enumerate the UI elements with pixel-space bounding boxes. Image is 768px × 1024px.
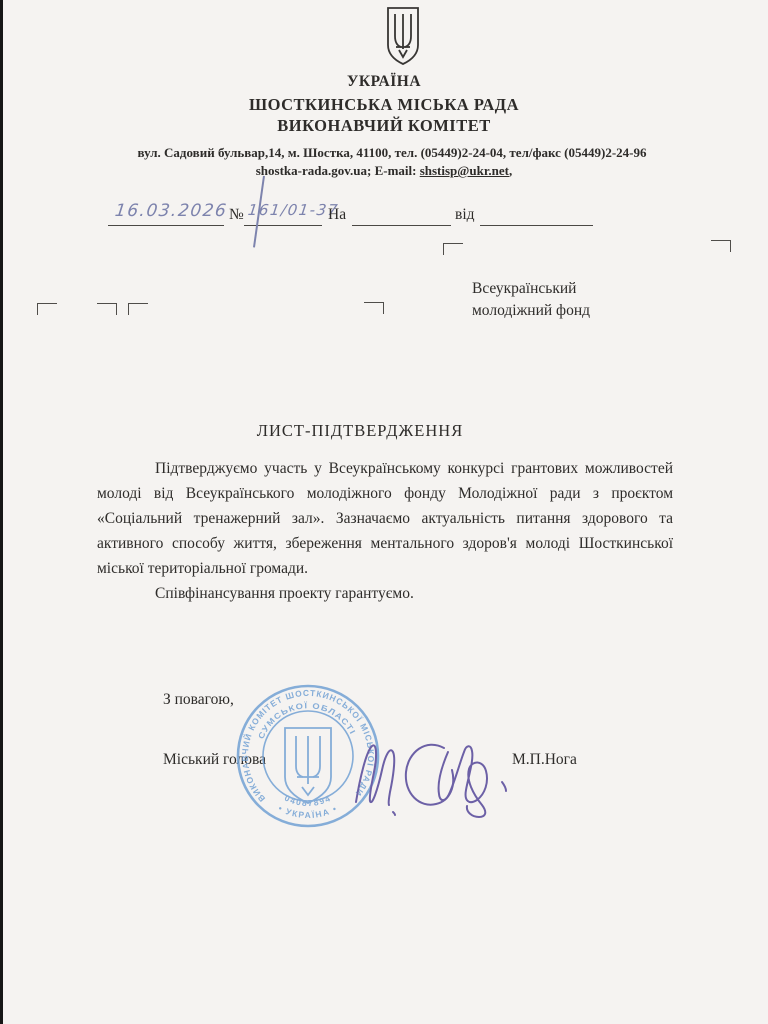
letterhead-site: shostka-rada.gov.ua; E-mail: xyxy=(256,163,420,178)
na-underline xyxy=(352,225,451,226)
corner-mark xyxy=(128,303,148,315)
letterhead-email-comma: , xyxy=(509,163,512,178)
handwritten-number: 161/01-37 xyxy=(247,201,340,219)
letterhead-country: УКРАЇНА xyxy=(0,73,768,91)
date-underline xyxy=(108,225,224,226)
corner-mark xyxy=(711,240,731,252)
letterhead-committee: ВИКОНАВЧИЙ КОМІТЕТ xyxy=(0,116,768,136)
trident-emblem-icon xyxy=(382,5,424,67)
scanned-letter-page: УКРАЇНА ШОСТКИНСЬКА МІСЬКА РАДА ВИКОНАВЧ… xyxy=(0,0,768,1024)
corner-mark xyxy=(443,243,463,255)
corner-mark xyxy=(97,303,117,315)
vid-underline xyxy=(480,225,593,226)
recipient-block: Всеукраїнський молодіжний фонд xyxy=(472,278,590,322)
corner-mark xyxy=(364,302,384,314)
letter-body: Підтверджуємо участь у Всеукраїнському к… xyxy=(97,456,673,606)
letterhead-address: вул. Садовий бульвар,14, м. Шостка, 4110… xyxy=(0,145,768,161)
signer-name: М.П.Нога xyxy=(512,751,577,769)
letterhead-council: ШОСТКИНСЬКА МІСЬКА РАДА xyxy=(0,95,768,115)
recipient-line1: Всеукраїнський xyxy=(472,278,590,300)
vid-label: від xyxy=(455,206,475,224)
recipient-line2: молодіжний фонд xyxy=(472,300,590,322)
letter-title: ЛИСТ-ПІДТВЕРДЖЕННЯ xyxy=(60,421,660,441)
body-paragraph-1: Підтверджуємо участь у Всеукраїнському к… xyxy=(97,456,673,581)
letterhead-contacts: shostka-rada.gov.ua; E-mail: shstisp@ukr… xyxy=(0,163,768,179)
handwritten-signature xyxy=(352,718,510,818)
handwritten-date: 16.03.2026 xyxy=(114,201,229,221)
letterhead-email: shstisp@ukr.net xyxy=(420,163,509,178)
corner-mark xyxy=(37,303,57,315)
number-sign-label: № xyxy=(229,206,244,224)
salutation: З повагою, xyxy=(163,691,234,709)
na-label: На xyxy=(328,206,346,224)
stamp-trident-shield-icon xyxy=(285,728,331,803)
body-paragraph-2: Співфінансування проекту гарантуємо. xyxy=(97,581,673,606)
